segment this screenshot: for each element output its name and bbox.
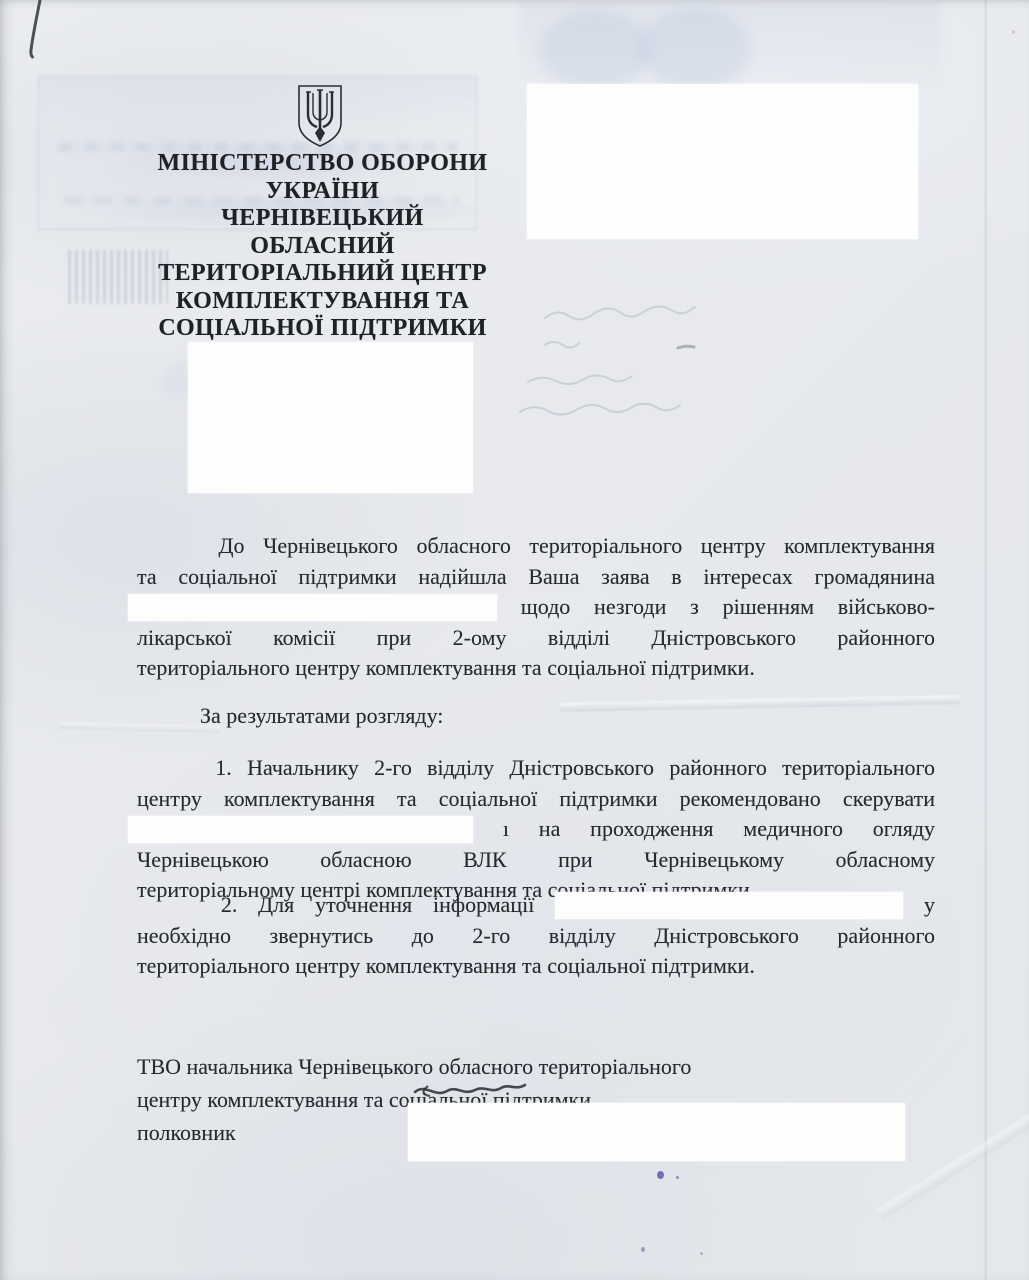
redaction-box	[128, 816, 473, 843]
redaction-box	[188, 342, 473, 493]
ink-dot	[641, 1247, 645, 1252]
redaction-box	[128, 594, 497, 621]
text-line: ı на проходження медичного огляду	[137, 814, 935, 845]
text-line: та соціальної підтримки надійшла Ваша за…	[137, 562, 935, 593]
speck	[1012, 30, 1015, 34]
showthrough-oval	[540, 10, 650, 90]
ink-dot	[676, 1176, 679, 1179]
indent-spacer	[137, 552, 200, 553]
text-line: ОБЛАСНИЙ	[145, 233, 500, 261]
redaction-box	[527, 84, 918, 239]
text-line: ТВО начальника Чернівецького обласного т…	[137, 1050, 935, 1083]
text-line: 2. Для уточнення інформації у	[137, 890, 935, 921]
text-line: Чернівецькою обласною ВЛК при Чернівецьк…	[137, 845, 935, 876]
review-heading: За результатами розгляду:	[200, 701, 443, 732]
item-1-paragraph: 1. Начальнику 2-го відділу Дністровськог…	[137, 753, 935, 906]
indent-spacer	[137, 774, 200, 775]
text-line: ЧЕРНІВЕЦЬКИЙ	[145, 205, 500, 233]
fold-line-vertical	[984, 0, 988, 1280]
text-line: СОЦІАЛЬНОЇ ПІДТРИМКИ	[145, 315, 500, 343]
ukraine-trident-emblem-icon	[294, 84, 346, 148]
intro-paragraph: До Чернівецького обласного територіально…	[137, 531, 935, 684]
text-line: територіального центру комплектування та…	[137, 951, 935, 982]
redaction-box-signature	[408, 1103, 905, 1161]
text-line: ТЕРИТОРІАЛЬНИЙ ЦЕНТР	[145, 260, 500, 288]
speck	[930, 542, 933, 545]
text-line: До Чернівецького обласного територіально…	[137, 531, 935, 562]
item-2-paragraph: 2. Для уточнення інформації унеобхідно з…	[137, 890, 935, 982]
ink-dot	[700, 1252, 703, 1255]
text-line: щодо незгоди з рішенням військово-	[137, 592, 935, 623]
text-line: центру комплектування та соціальної підт…	[137, 784, 935, 815]
ink-dot	[657, 1171, 664, 1179]
text-line: необхідно звернутись до 2-го відділу Дні…	[137, 921, 935, 952]
showthrough-oval	[640, 8, 750, 90]
text-line: 1. Начальнику 2-го відділу Дністровськог…	[137, 753, 935, 784]
text-line: УКРАЇНИ	[145, 178, 500, 206]
indent-spacer	[137, 911, 200, 912]
text-line: МІНІСТЕРСТВО ОБОРОНИ	[145, 150, 500, 178]
text-line: КОМПЛЕКТУВАННЯ ТА	[145, 288, 500, 316]
text-line: територіального центру комплектування та…	[137, 653, 935, 684]
redaction-box	[555, 892, 903, 919]
letterhead-org-name: МІНІСТЕРСТВО ОБОРОНИУКРАЇНИЧЕРНІВЕЦЬКИЙО…	[145, 150, 500, 343]
text-line: лікарської комісії при 2-ому відділі Дні…	[137, 623, 935, 654]
